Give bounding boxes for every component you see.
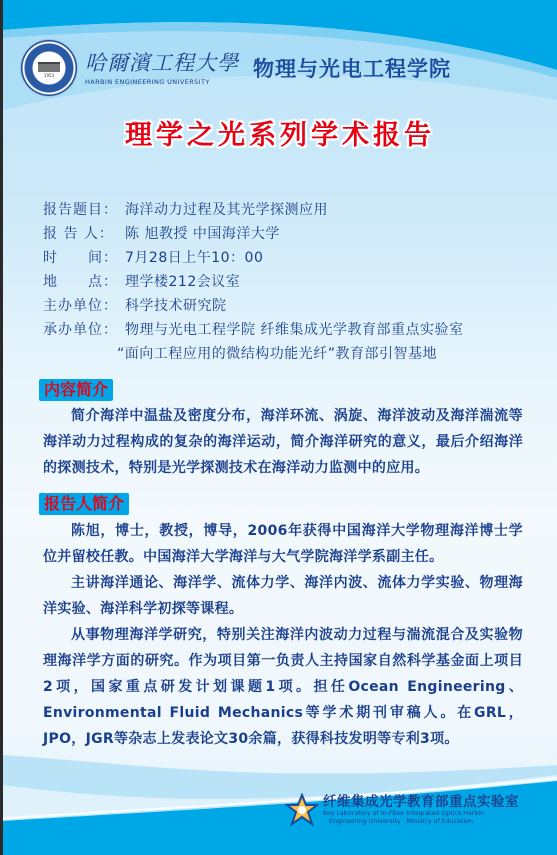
info-value: 7月28日上午10：00 xyxy=(125,246,263,270)
info-row-host: 主办单位：科学技术研究院 xyxy=(43,294,463,318)
university-name: 哈爾濱工程大學 HARBIN ENGINEERING UNIVERSITY xyxy=(85,51,239,86)
bio-paragraph: 从事物理海洋学研究，特别关注海洋内波动力过程与湍流混合及实验物理海洋学方面的研究… xyxy=(43,622,523,752)
info-organizer-continuation: “面向工程应用的微结构功能光纤”教育部引智基地 xyxy=(43,342,463,366)
university-name-en: HARBIN ENGINEERING UNIVERSITY xyxy=(85,78,239,86)
lab-logo-block: 纤维集成光学教育部重点实验室 Key Laboratory of In-Fibe… xyxy=(285,793,519,827)
university-seal-logo: 1953 xyxy=(21,40,77,96)
info-value: 理学楼212会议室 xyxy=(125,270,240,294)
university-name-cn: 哈爾濱工程大學 xyxy=(85,51,239,75)
info-value: 海洋动力过程及其光学探测应用 xyxy=(125,198,328,222)
bio-paragraph: 陈旭，博士，教授，博导，2006年获得中国海洋大学物理海洋博士学位并留校任教。中… xyxy=(43,518,523,570)
lab-name-cn: 纤维集成光学教育部重点实验室 xyxy=(323,794,519,810)
poster: 1953 哈爾濱工程大學 HARBIN ENGINEERING UNIVERSI… xyxy=(3,0,557,855)
speaker-bio-body: 陈旭，博士，教授，博导，2006年获得中国海洋大学物理海洋博士学位并留校任教。中… xyxy=(43,518,523,752)
header: 1953 哈爾濱工程大學 HARBIN ENGINEERING UNIVERSI… xyxy=(21,38,451,98)
info-row-time: 时 间：7月28日上午10：00 xyxy=(43,246,463,270)
lab-name-en-2: Engineering University · Ministry of Edu… xyxy=(323,818,519,826)
info-label: 地 点： xyxy=(43,270,125,294)
abstract-paragraph: 简介海洋中温盐及密度分布，海洋环流、涡旋、海洋波动及海洋湍流等海洋动力过程构成的… xyxy=(43,403,523,481)
info-value: 科学技术研究院 xyxy=(125,294,227,318)
lab-star-logo-icon xyxy=(285,793,319,827)
building-icon xyxy=(38,62,60,72)
info-row-topic: 报告题目：海洋动力过程及其光学探测应用 xyxy=(43,198,463,222)
info-row-organizer: 承办单位：物理与光电工程学院 纤维集成光学教育部重点实验室 xyxy=(43,318,463,342)
abstract-body: 简介海洋中温盐及密度分布，海洋环流、涡旋、海洋波动及海洋湍流等海洋动力过程构成的… xyxy=(43,403,523,481)
poster-title: 理学之光系列学术报告 xyxy=(3,113,557,152)
lecture-info: 报告题目：海洋动力过程及其光学探测应用 报 告 人：陈 旭教授 中国海洋大学 时… xyxy=(43,198,463,366)
lab-text: 纤维集成光学教育部重点实验室 Key Laboratory of In-Fibe… xyxy=(323,794,519,826)
section-label-speaker: 报告人简介 xyxy=(39,493,129,515)
info-row-location: 地 点：理学楼212会议室 xyxy=(43,270,463,294)
bio-paragraph: 主讲海洋通论、海洋学、流体力学、海洋内波、流体力学实验、物理海洋实验、海洋科学初… xyxy=(43,570,523,622)
info-label: 承办单位： xyxy=(43,318,125,342)
info-label: 时 间： xyxy=(43,246,125,270)
section-label-abstract: 内容简介 xyxy=(39,379,113,401)
info-row-speaker: 报 告 人：陈 旭教授 中国海洋大学 xyxy=(43,222,463,246)
info-value: 物理与光电工程学院 纤维集成光学教育部重点实验室 xyxy=(125,318,463,342)
seal-year: 1953 xyxy=(21,73,77,78)
school-name: 物理与光电工程学院 xyxy=(253,53,451,83)
info-value: 陈 旭教授 中国海洋大学 xyxy=(125,222,280,246)
info-label: 报告题目： xyxy=(43,198,125,222)
info-label: 报 告 人： xyxy=(43,222,125,246)
info-label: 主办单位： xyxy=(43,294,125,318)
lab-name-en-1: Key Laboratory of In-Fiber Integrated Op… xyxy=(323,810,519,818)
